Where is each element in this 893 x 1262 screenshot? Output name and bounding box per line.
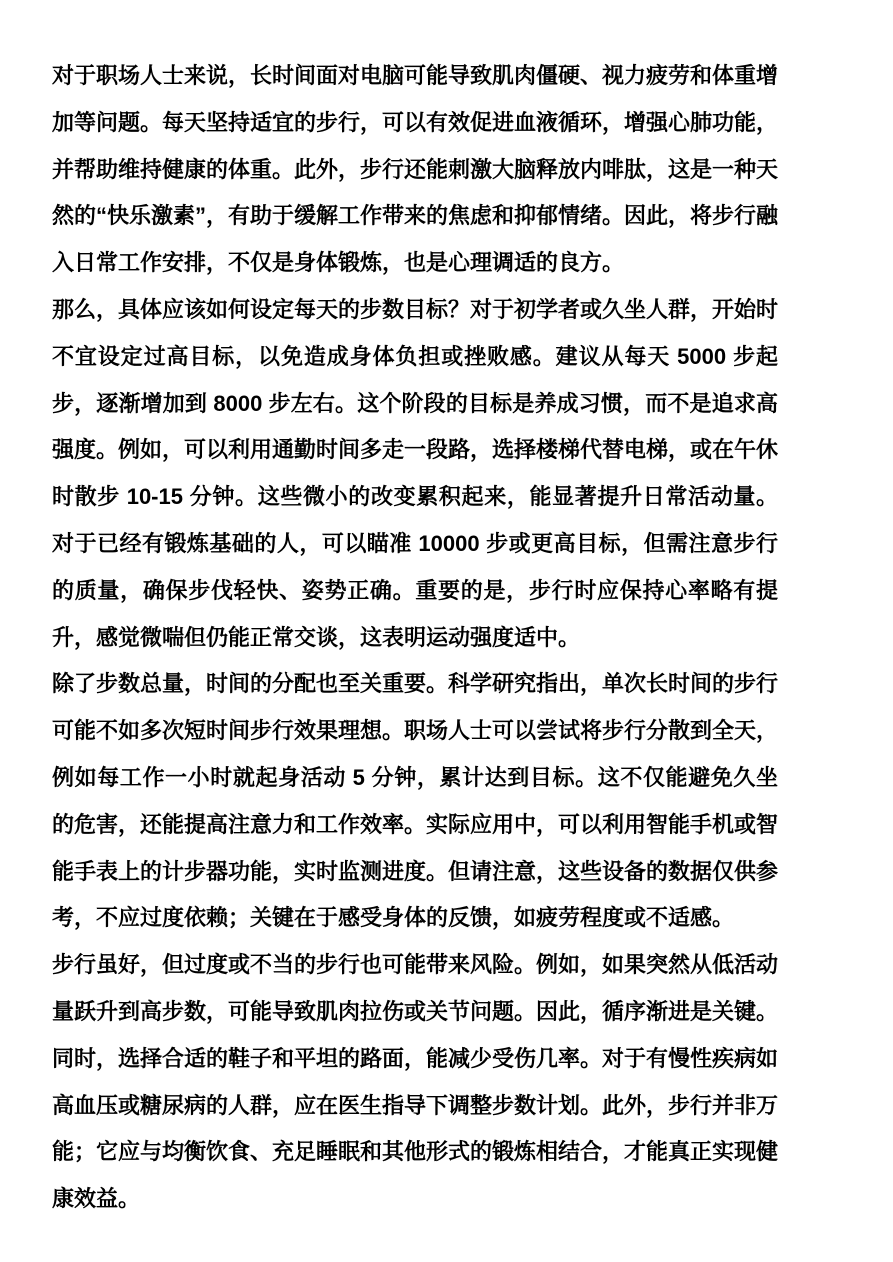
body-paragraph-4: 步行虽好，但过度或不当的步行也可能带来风险。例如，如果突然从低活动量跃升到高步数… <box>52 942 778 1223</box>
body-paragraph-3: 除了步数总量，时间的分配也至关重要。科学研究指出，单次长时间的步行可能不如多次短… <box>52 661 778 942</box>
body-paragraph-2: 那么，具体应该如何设定每天的步数目标？对于初学者或久坐人群，开始时不宜设定过高目… <box>52 287 778 661</box>
document-page: 对于职场人士来说，长时间面对电脑可能导致肌肉僵硬、视力疲劳和体重增加等问题。每天… <box>0 0 893 1262</box>
body-paragraph-1: 对于职场人士来说，长时间面对电脑可能导致肌肉僵硬、视力疲劳和体重增加等问题。每天… <box>52 53 778 287</box>
